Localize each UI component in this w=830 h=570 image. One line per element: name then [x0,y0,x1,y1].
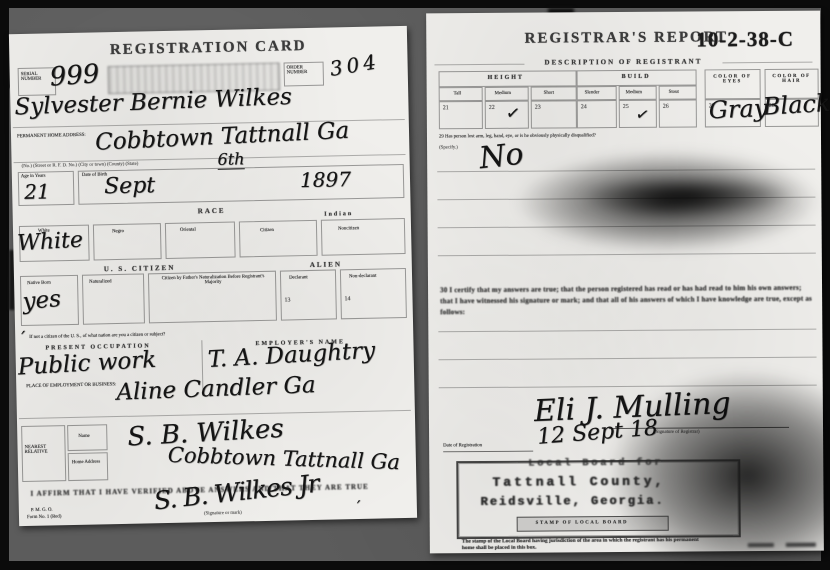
rule [438,225,816,229]
build-stout-cell: 26 [659,99,697,127]
stamp-note: The stamp of the Local Board having juri… [462,537,705,552]
col-label: Stout [669,90,679,95]
signature-caption: (Signature of Registrar) [654,429,700,434]
rule [439,357,817,361]
rule [438,253,816,257]
race-cell-oriental: Oriental [165,222,236,259]
nation-question: If not a citizen of the U. S., of what n… [29,332,165,340]
footer-form: Form No. 1 (Red) [27,514,61,520]
employment-place-label: PLACE OF EMPLOYMENT OR BUSINESS: [26,382,116,389]
serial-number-value: 999 [49,59,101,93]
rule [437,197,815,201]
build-col-slender: Slender [577,86,617,100]
race-col-label: Oriental [180,227,196,232]
scan-smudge [517,151,818,253]
build-medium-checkmark: ✓ [634,104,651,125]
disability-specify-label: (Specify.) [439,145,458,150]
citizen-cell-naturalized: Naturalized [82,273,145,324]
build-col-stout: Stout [659,85,697,99]
date-line [443,451,533,453]
height-header: HEIGHT [488,75,524,82]
date-label: Date of Registration [443,443,482,448]
stamp-line3: Reidsville, Georgia. [480,494,664,509]
cell-number: 22 [489,105,495,111]
citizen-col-label: Native Born [27,280,51,285]
field-number: 13 [284,297,290,303]
cell-number: 25 [623,104,629,110]
relative-address-value: Cobbtown Tattnall Ga [168,443,401,474]
stray-pen-mark: ′ [21,328,26,349]
occupation-value: Public work [17,347,157,381]
citizen-col-label: Non-declarant [349,274,377,279]
dob-month: Sept [104,173,156,199]
citizen-cell-declarant: Declarant 13 [280,269,337,320]
certification-text: 30 I certify that my answers are true; t… [440,283,812,318]
height-col-tall: Tall [439,87,483,101]
hair-header: COLOR OF HAIR [772,74,812,84]
relative-name-box: Name [67,424,108,451]
cell-number: 23 [535,105,541,111]
relative-address-box: Home Address [68,452,109,481]
rule [14,154,406,163]
citizen-cell-nondeclarant: Non-declarant 14 [340,268,407,319]
col-label: Medium [495,91,511,96]
build-group: BUILD [577,69,697,86]
cell-number: 21 [443,105,449,111]
relative-address-label: Home Address [72,459,104,464]
citizen-col-label: Naturalized [89,279,111,284]
nearest-relative-label: NEAREST RELATIVE [24,444,63,454]
col-label: Medium [626,90,642,95]
rule [438,329,816,333]
build-medium-cell: 25 ✓ [619,100,657,128]
registrant-signature: S. B. Wilkes Jr [152,469,320,516]
citizen-col-label: Declarant [289,275,308,280]
stray-pen-mark: ′ [357,497,361,516]
scan-artifact [748,543,774,547]
race-col-label: Citizen [260,228,274,233]
race-value: White [17,228,84,257]
order-number-label: ORDER NUMBER [287,65,321,75]
height-short-cell: 23 [531,100,577,128]
address-sublabels: (No.) (Street or R. F. D. No.) (City or … [22,162,139,169]
height-group: HEIGHT [439,70,577,87]
us-citizen-header: U. S. CITIZEN [104,264,176,273]
stamp-line1: Local Board for [528,458,663,470]
dob-year: 1897 [300,167,351,192]
order-number-box: ORDER NUMBER [284,62,324,87]
race-cell-indian-noncitizen: Noncitizen [321,218,406,256]
serial-number-label: SERIAL NUMBER [21,71,53,81]
race-cell-indian-citizen: Citizen [239,220,318,258]
scan-artifact [786,543,816,547]
cell-number: 26 [663,104,669,110]
nearest-relative-box: NEAREST RELATIVE [21,425,66,482]
height-medium-cell: 22 ✓ [485,101,529,129]
stamp-caption-box: STAMP OF LOCAL BOARD [517,516,669,532]
height-tall-cell: 21 [439,101,483,129]
relative-name-label: Name [78,434,90,439]
age-label: Age in Years [21,173,46,178]
hair-value: Black [762,89,830,121]
registration-card: REGISTRATION CARD SERIAL NUMBER 999 ORDE… [9,26,417,526]
home-address-label: PERMANENT HOME ADDRESS: [17,133,86,139]
build-col-medium: Medium [619,86,657,100]
build-header: BUILD [622,74,651,81]
citizen-cell-father: Citizen by Father's Naturalization Befor… [148,271,277,324]
alien-header: ALIEN [310,260,342,269]
employment-place-value: Aline Candler Ga [116,372,316,406]
rule [439,385,817,389]
employer-value: T. A. Daughtry [207,338,376,373]
footer-pmgo: P. M. G. O. [31,507,53,512]
citizen-value: yes [21,286,62,315]
col-label: Short [544,90,554,95]
dob-day: 6th [217,149,244,170]
age-value: 21 [24,179,50,204]
race-col-label: Negro [112,229,124,234]
stamp-line2: Tattnall County, [492,474,665,490]
registrars-report-card: REGISTRAR'S REPORT 10-2-38-C DESCRIPTION… [426,11,824,554]
footer-signature-caption: (Signature or mark) [204,510,242,516]
field-number: 14 [344,296,350,302]
stamp-caption: STAMP OF LOCAL BOARD [536,520,628,525]
col-label: Slender [585,90,600,95]
eyes-value: Gray [708,94,768,124]
eyes-header: COLOR OF EYES [712,74,754,84]
height-col-medium: Medium [485,87,529,101]
height-medium-checkmark: ✓ [505,103,522,125]
report-code: 10-2-38-C [696,27,794,53]
race-cell-negro: Negro [93,223,162,260]
cell-number: 24 [581,104,587,110]
build-slender-cell: 24 [577,100,617,128]
local-board-stamp: Local Board for Tattnall County, Reidsvi… [456,459,741,539]
height-col-short: Short [531,86,577,100]
citizen-col-label: Citizen by Father's Naturalization Befor… [153,274,273,286]
col-label: Tall [454,91,461,96]
race-col-label: Noncitizen [338,226,359,231]
scanned-document: REGISTRATION CARD SERIAL NUMBER 999 ORDE… [0,0,830,570]
